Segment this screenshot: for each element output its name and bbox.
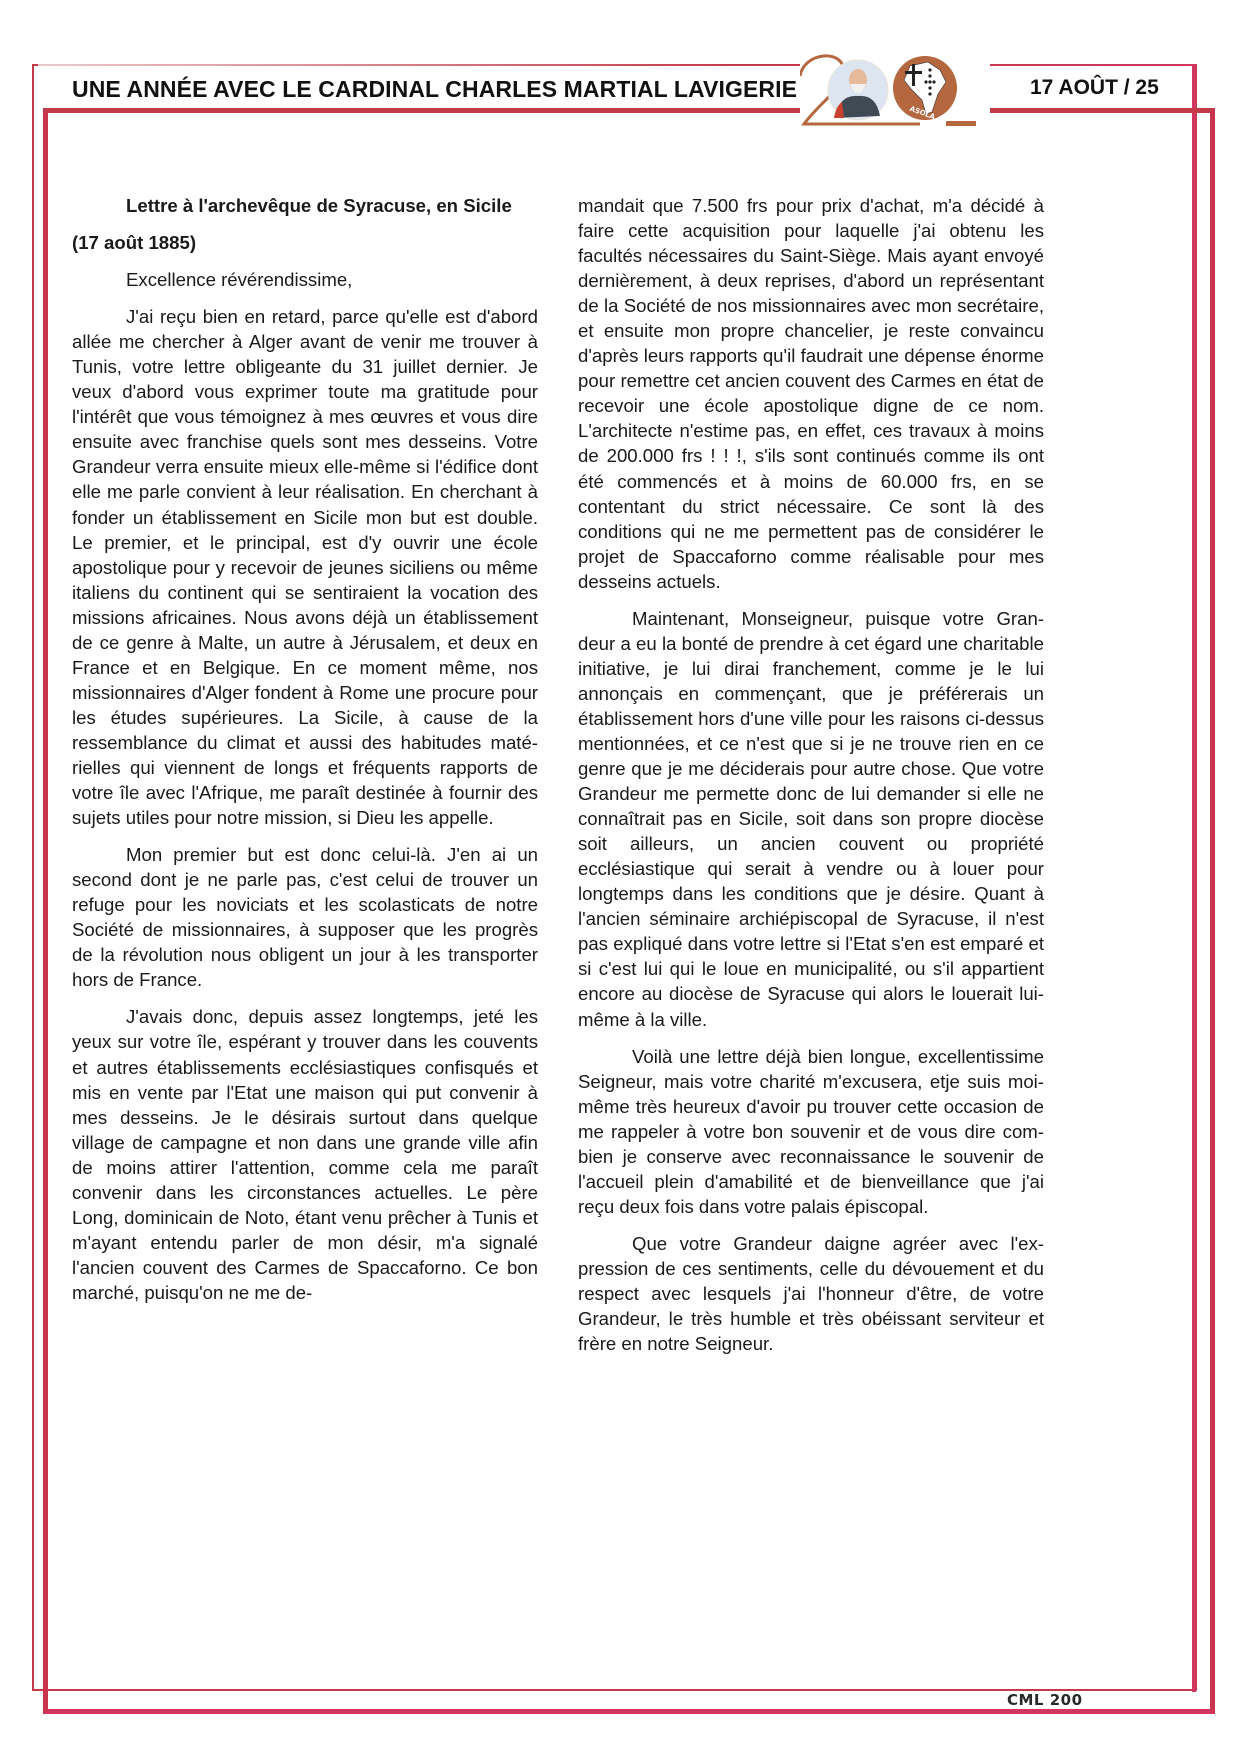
page-header-date: 17 AOÛT / 25 (1030, 76, 1159, 100)
letter-date: (17 août 1885) (72, 230, 538, 255)
outer-frame-top-line (38, 64, 1197, 66)
africa-cross-rosary-icon: ASOLA / M.AFR (893, 56, 967, 130)
letter-paragraph: J'avais donc, depuis assez longtemps, je… (72, 1004, 538, 1305)
bicentenary-logo: ASOLA / M.AFR (800, 50, 990, 130)
letter-title: Lettre à l'archevêque de Syracuse, en Si… (72, 193, 538, 218)
text-column-right: mandait que 7.500 frs pour prix d'achat,… (578, 193, 1044, 1368)
letter-paragraph: Que votre Grandeur daigne agréer avec l'… (578, 1231, 1044, 1356)
cardinal-portrait-icon (828, 60, 888, 120)
letter-paragraph: Maintenant, Monseigneur, puisque votre G… (578, 606, 1044, 1032)
page-header-title: UNE ANNÉE AVEC LE CARDINAL CHARLES MARTI… (72, 76, 803, 103)
letter-salutation: Excellence révérendissime, (72, 267, 538, 292)
letter-paragraph: Mon premier but est donc celui-là. J'en … (72, 842, 538, 992)
text-column-left: Lettre à l'archevêque de Syracuse, en Si… (72, 193, 538, 1317)
footer-mark: CML 200 (1003, 1691, 1087, 1709)
letter-paragraph-continued: mandait que 7.500 frs pour prix d'achat,… (578, 193, 1044, 594)
letter-paragraph: J'ai reçu bien en retard, parce qu'elle … (72, 304, 538, 830)
letter-paragraph: Voilà une lettre déjà bien longue, excel… (578, 1044, 1044, 1219)
